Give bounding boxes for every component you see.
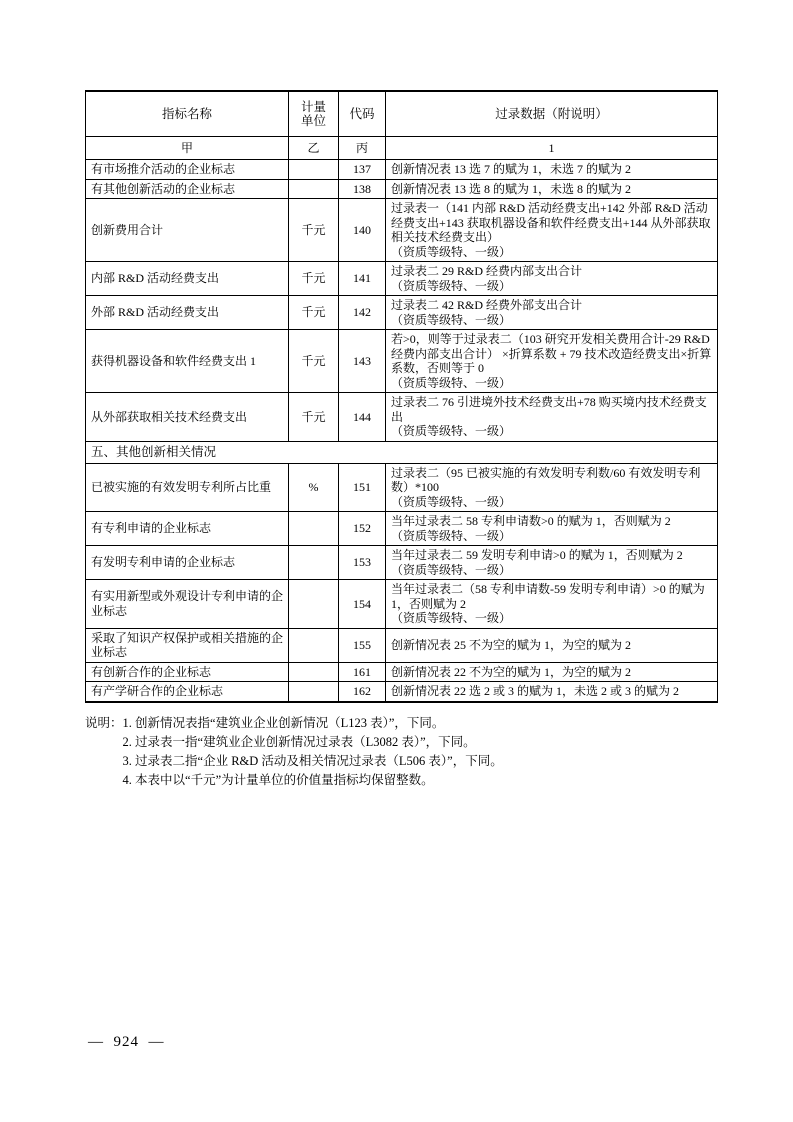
code-cell: 161	[339, 662, 386, 682]
unit-cell	[289, 179, 339, 199]
document-page: 指标名称 计量 单位 代码 过录数据（附说明） 甲 乙 丙 1 有市场推介活动的…	[0, 0, 793, 1122]
data-line: 当年过录表二（58 专利申请数-59 发明专利申请）>0 的赋为 1，否则赋为 …	[391, 582, 712, 611]
table-row: 有其他创新活动的企业标志138创新情况表 13 选 8 的赋为 1，未选 8 的…	[86, 179, 718, 199]
transcription-data-cell: 创新情况表 13 选 8 的赋为 1，未选 8 的赋为 2	[386, 179, 718, 199]
data-line: 过录表二 29 R&D 经费内部支出合计	[391, 264, 712, 279]
table-row: 有专利申请的企业标志152当年过录表二 58 专利申请数>0 的赋为 1，否则赋…	[86, 512, 718, 546]
section-row: 五、其他创新相关情况	[86, 441, 718, 463]
note-item: 4. 本表中以“千元”为计量单位的价值量指标均保留整数。	[123, 771, 717, 790]
subheader-row: 甲 乙 丙 1	[86, 137, 718, 160]
indicator-name-cell: 获得机器设备和软件经费支出 1	[86, 330, 289, 393]
header-row: 指标名称 计量 单位 代码 过录数据（附说明）	[86, 91, 718, 137]
code-cell: 138	[339, 179, 386, 199]
table-row: 内部 R&D 活动经费支出千元141过录表二 29 R&D 经费内部支出合计（资…	[86, 262, 718, 296]
transcription-data-cell: 当年过录表二 59 发明专利申请>0 的赋为 1，否则赋为 2（资质等级特、一级…	[386, 546, 718, 580]
transcription-data-cell: 若>0，则等于过录表二（103 研究开发相关费用合计-29 R&D 经费内部支出…	[386, 330, 718, 393]
transcription-data-cell: 过录表二 42 R&D 经费外部支出合计（资质等级特、一级）	[386, 296, 718, 330]
header-transcription-data: 过录数据（附说明）	[386, 91, 718, 137]
code-cell: 162	[339, 682, 386, 702]
unit-cell	[289, 682, 339, 702]
table-row: 有市场推介活动的企业标志137创新情况表 13 选 7 的赋为 1，未选 7 的…	[86, 160, 718, 180]
table-row: 从外部获取相关技术经费支出千元144过录表二 76 引进境外技术经费支出+78 …	[86, 393, 718, 442]
content-area: 指标名称 计量 单位 代码 过录数据（附说明） 甲 乙 丙 1 有市场推介活动的…	[85, 90, 717, 790]
data-line: 创新情况表 25 不为空的赋为 1，为空的赋为 2	[391, 638, 712, 653]
notes-block: 说明： 1. 创新情况表指“建筑业企业创新情况（L123 表）”，下同。2. 过…	[85, 714, 717, 790]
code-cell: 152	[339, 512, 386, 546]
indicator-name-cell: 创新费用合计	[86, 199, 289, 262]
data-line: （资质等级特、一级）	[391, 245, 712, 260]
data-line: 当年过录表二 58 专利申请数>0 的赋为 1，否则赋为 2	[391, 514, 712, 529]
table-row: 已被实施的有效发明专利所占比重%151过录表二（95 已被实施的有效发明专利数/…	[86, 463, 718, 512]
indicator-name-cell: 从外部获取相关技术经费支出	[86, 393, 289, 442]
indicator-name-cell: 有市场推介活动的企业标志	[86, 160, 289, 180]
data-line: （资质等级特、一级）	[391, 611, 712, 626]
table-row: 有产学研合作的企业标志162创新情况表 22 选 2 或 3 的赋为 1，未选 …	[86, 682, 718, 702]
unit-cell: 千元	[289, 199, 339, 262]
indicator-name-cell: 外部 R&D 活动经费支出	[86, 296, 289, 330]
indicator-name-cell: 有创新合作的企业标志	[86, 662, 289, 682]
unit-cell	[289, 580, 339, 629]
note-item: 2. 过录表一指“建筑业企业创新情况过录表（L3082 表）”，下同。	[123, 733, 717, 752]
note-item: 3. 过录表二指“企业 R&D 活动及相关情况过录表（L506 表）”，下同。	[123, 752, 717, 771]
data-line: （资质等级特、一级）	[391, 424, 712, 439]
data-line: 当年过录表二 59 发明专利申请>0 的赋为 1，否则赋为 2	[391, 548, 712, 563]
unit-cell: 千元	[289, 296, 339, 330]
transcription-data-cell: 创新情况表 25 不为空的赋为 1，为空的赋为 2	[386, 628, 718, 662]
unit-cell	[289, 160, 339, 180]
unit-cell: 千元	[289, 393, 339, 442]
unit-cell: 千元	[289, 262, 339, 296]
code-cell: 144	[339, 393, 386, 442]
data-line: 过录表一（141 内部 R&D 活动经费支出+142 外部 R&D 活动经费支出…	[391, 201, 712, 245]
table-head: 指标名称 计量 单位 代码 过录数据（附说明） 甲 乙 丙 1	[86, 91, 718, 160]
data-line: （资质等级特、一级）	[391, 529, 712, 544]
table-row: 有发明专利申请的企业标志153当年过录表二 59 发明专利申请>0 的赋为 1，…	[86, 546, 718, 580]
transcription-data-cell: 当年过录表二（58 专利申请数-59 发明专利申请）>0 的赋为 1，否则赋为 …	[386, 580, 718, 629]
table-body: 有市场推介活动的企业标志137创新情况表 13 选 7 的赋为 1，未选 7 的…	[86, 160, 718, 702]
unit-cell: %	[289, 463, 339, 512]
data-line: 过录表二 76 引进境外技术经费支出+78 购买境内技术经费支出	[391, 395, 712, 424]
table-row: 有实用新型或外观设计专利申请的企业标志154当年过录表二（58 专利申请数-59…	[86, 580, 718, 629]
indicator-name-cell: 内部 R&D 活动经费支出	[86, 262, 289, 296]
code-cell: 143	[339, 330, 386, 393]
data-line: （资质等级特、一级）	[391, 495, 712, 510]
data-line: 创新情况表 13 选 8 的赋为 1，未选 8 的赋为 2	[391, 182, 712, 197]
indicator-name-cell: 有实用新型或外观设计专利申请的企业标志	[86, 580, 289, 629]
indicator-name-cell: 有产学研合作的企业标志	[86, 682, 289, 702]
code-cell: 155	[339, 628, 386, 662]
table-row: 采取了知识产权保护或相关措施的企业标志155创新情况表 25 不为空的赋为 1，…	[86, 628, 718, 662]
table-row: 有创新合作的企业标志161创新情况表 22 不为空的赋为 1，为空的赋为 2	[86, 662, 718, 682]
data-line: 创新情况表 13 选 7 的赋为 1，未选 7 的赋为 2	[391, 162, 712, 177]
transcription-data-cell: 当年过录表二 58 专利申请数>0 的赋为 1，否则赋为 2（资质等级特、一级）	[386, 512, 718, 546]
table-row: 获得机器设备和软件经费支出 1千元143若>0，则等于过录表二（103 研究开发…	[86, 330, 718, 393]
note-item: 1. 创新情况表指“建筑业企业创新情况（L123 表）”，下同。	[123, 714, 717, 733]
transcription-data-cell: 过录表二（95 已被实施的有效发明专利数/60 有效发明专利数）*100（资质等…	[386, 463, 718, 512]
transcription-data-cell: 创新情况表 22 选 2 或 3 的赋为 1，未选 2 或 3 的赋为 2	[386, 682, 718, 702]
transcription-data-cell: 创新情况表 13 选 7 的赋为 1，未选 7 的赋为 2	[386, 160, 718, 180]
transcription-data-cell: 创新情况表 22 不为空的赋为 1，为空的赋为 2	[386, 662, 718, 682]
code-cell: 154	[339, 580, 386, 629]
data-line: 若>0，则等于过录表二（103 研究开发相关费用合计-29 R&D 经费内部支出…	[391, 332, 712, 376]
data-line: 过录表二 42 R&D 经费外部支出合计	[391, 298, 712, 313]
indicator-name-cell: 有专利申请的企业标志	[86, 512, 289, 546]
subheader-1: 1	[386, 137, 718, 160]
indicator-table: 指标名称 计量 单位 代码 过录数据（附说明） 甲 乙 丙 1 有市场推介活动的…	[85, 90, 718, 703]
subheader-jia: 甲	[86, 137, 289, 160]
code-cell: 141	[339, 262, 386, 296]
indicator-name-cell: 已被实施的有效发明专利所占比重	[86, 463, 289, 512]
data-line: 过录表二（95 已被实施的有效发明专利数/60 有效发明专利数）*100	[391, 466, 712, 495]
indicator-name-cell: 有其他创新活动的企业标志	[86, 179, 289, 199]
data-line: （资质等级特、一级）	[391, 376, 712, 391]
section-title: 五、其他创新相关情况	[86, 441, 718, 463]
data-line: 创新情况表 22 不为空的赋为 1，为空的赋为 2	[391, 665, 712, 680]
code-cell: 151	[339, 463, 386, 512]
table-row: 创新费用合计千元140过录表一（141 内部 R&D 活动经费支出+142 外部…	[86, 199, 718, 262]
header-code: 代码	[339, 91, 386, 137]
header-indicator-name: 指标名称	[86, 91, 289, 137]
data-line: （资质等级特、一级）	[391, 563, 712, 578]
unit-cell	[289, 512, 339, 546]
unit-cell: 千元	[289, 330, 339, 393]
subheader-bing: 丙	[339, 137, 386, 160]
transcription-data-cell: 过录表二 29 R&D 经费内部支出合计（资质等级特、一级）	[386, 262, 718, 296]
data-line: 创新情况表 22 选 2 或 3 的赋为 1，未选 2 或 3 的赋为 2	[391, 684, 712, 699]
table-row: 外部 R&D 活动经费支出千元142过录表二 42 R&D 经费外部支出合计（资…	[86, 296, 718, 330]
transcription-data-cell: 过录表一（141 内部 R&D 活动经费支出+142 外部 R&D 活动经费支出…	[386, 199, 718, 262]
code-cell: 153	[339, 546, 386, 580]
unit-cell	[289, 662, 339, 682]
transcription-data-cell: 过录表二 76 引进境外技术经费支出+78 购买境内技术经费支出（资质等级特、一…	[386, 393, 718, 442]
unit-cell	[289, 546, 339, 580]
code-cell: 142	[339, 296, 386, 330]
page-number: — 924 —	[88, 1034, 165, 1051]
notes-label: 说明：	[85, 714, 123, 790]
unit-cell	[289, 628, 339, 662]
indicator-name-cell: 采取了知识产权保护或相关措施的企业标志	[86, 628, 289, 662]
code-cell: 140	[339, 199, 386, 262]
data-line: （资质等级特、一级）	[391, 313, 712, 328]
notes-items: 1. 创新情况表指“建筑业企业创新情况（L123 表）”，下同。2. 过录表一指…	[123, 714, 717, 790]
code-cell: 137	[339, 160, 386, 180]
subheader-yi: 乙	[289, 137, 339, 160]
indicator-name-cell: 有发明专利申请的企业标志	[86, 546, 289, 580]
data-line: （资质等级特、一级）	[391, 279, 712, 294]
header-unit: 计量 单位	[289, 91, 339, 137]
